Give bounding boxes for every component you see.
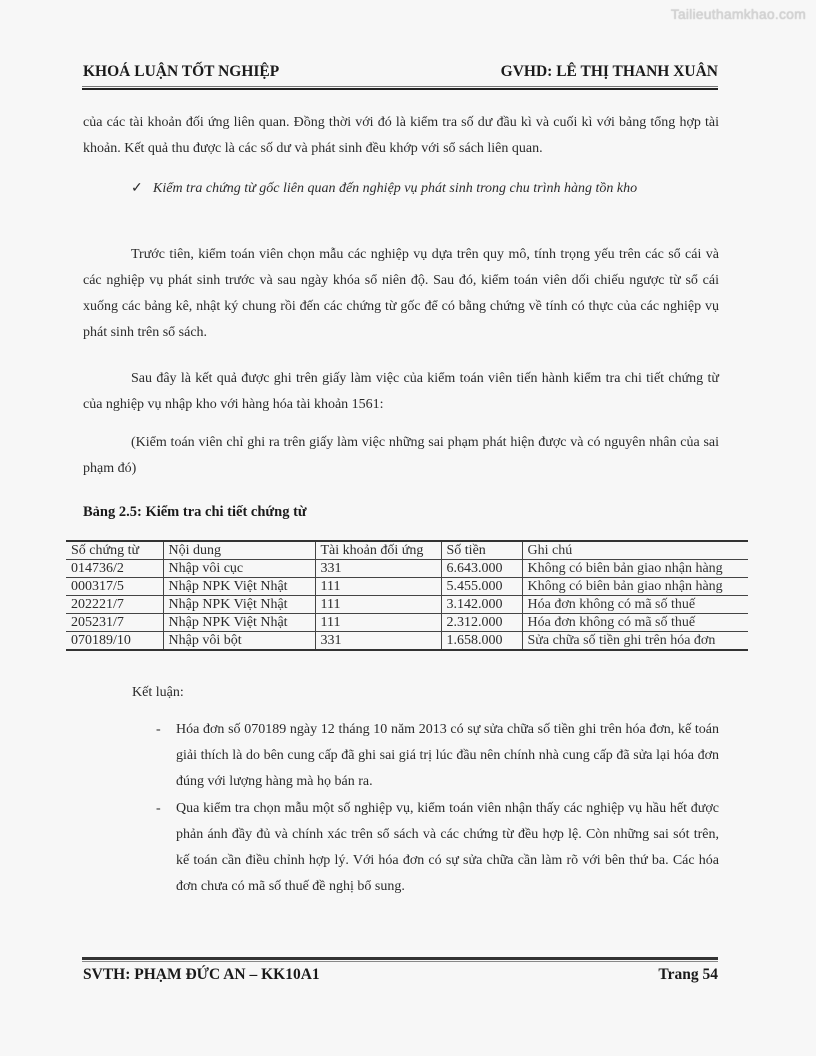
cell-note: Sửa chữa số tiền ghi trên hóa đơn (522, 632, 748, 651)
page-number: Trang 54 (658, 966, 718, 984)
cell-contra-account: 331 (315, 632, 441, 651)
cell-content: Nhập vôi bột (163, 632, 315, 651)
col-header-content: Nội dung (163, 541, 315, 560)
cell-contra-account: 331 (315, 560, 441, 578)
header-title: KHOÁ LUẬN TỐT NGHIỆP (83, 63, 279, 81)
cell-contra-account: 111 (315, 614, 441, 632)
cell-amount: 3.142.000 (441, 596, 522, 614)
cell-voucher-no: 000317/5 (66, 578, 163, 596)
cell-content: Nhập NPK Việt Nhật (163, 596, 315, 614)
dash-bullet-icon: - (156, 796, 161, 822)
footer-rule (82, 957, 718, 962)
cell-note: Không có biên bản giao nhận hàng (522, 560, 748, 578)
cell-amount: 5.455.000 (441, 578, 522, 596)
col-header-note: Ghi chú (522, 541, 748, 560)
table-row: 202221/7 Nhập NPK Việt Nhật 111 3.142.00… (66, 596, 748, 614)
conclusion-item: - Qua kiểm tra chọn mẫu một số nghiệp vụ… (176, 796, 719, 900)
col-header-amount: Số tiền (441, 541, 522, 560)
cell-content: Nhập NPK Việt Nhật (163, 578, 315, 596)
watermark: Tailieuthamkhao.com (671, 6, 806, 22)
cell-amount: 6.643.000 (441, 560, 522, 578)
table-row: 205231/7 Nhập NPK Việt Nhật 111 2.312.00… (66, 614, 748, 632)
table-caption: Bảng 2.5: Kiểm tra chi tiết chứng từ (83, 504, 307, 521)
paragraph-1: của các tài khoản đối ứng liên quan. Đồn… (83, 110, 719, 162)
conclusion-item-text: Qua kiểm tra chọn mẫu một số nghiệp vụ, … (176, 801, 719, 894)
cell-amount: 1.658.000 (441, 632, 522, 651)
dash-bullet-icon: - (156, 717, 161, 743)
paragraph-2: Trước tiên, kiểm toán viên chọn mẫu các … (83, 242, 719, 346)
cell-note: Hóa đơn không có mã số thuế (522, 596, 748, 614)
table-row: 070189/10 Nhập vôi bột 331 1.658.000 Sửa… (66, 632, 748, 651)
paragraph-3: Sau đây là kết quả được ghi trên giấy là… (83, 366, 719, 418)
conclusion-label: Kết luận: (132, 685, 184, 701)
table-row: 000317/5 Nhập NPK Việt Nhật 111 5.455.00… (66, 578, 748, 596)
conclusion-item: - Hóa đơn số 070189 ngày 12 tháng 10 năm… (176, 717, 719, 795)
check-icon: ✓ (131, 176, 143, 202)
voucher-check-table: Số chứng từ Nội dung Tài khoản đối ứng S… (66, 540, 748, 651)
cell-voucher-no: 014736/2 (66, 560, 163, 578)
cell-content: Nhập NPK Việt Nhật (163, 614, 315, 632)
header-rule (82, 86, 718, 90)
cell-note: Hóa đơn không có mã số thuế (522, 614, 748, 632)
page-header: KHOÁ LUẬN TỐT NGHIỆP GVHD: LÊ THỊ THANH … (83, 63, 718, 81)
page-footer: SVTH: PHẠM ĐỨC AN – KK10A1 Trang 54 (83, 966, 718, 984)
cell-voucher-no: 205231/7 (66, 614, 163, 632)
cell-amount: 2.312.000 (441, 614, 522, 632)
cell-voucher-no: 070189/10 (66, 632, 163, 651)
table-header-row: Số chứng từ Nội dung Tài khoản đối ứng S… (66, 541, 748, 560)
col-header-voucher-no: Số chứng từ (66, 541, 163, 560)
cell-voucher-no: 202221/7 (66, 596, 163, 614)
cell-contra-account: 111 (315, 596, 441, 614)
cell-content: Nhập vôi cục (163, 560, 315, 578)
table-row: 014736/2 Nhập vôi cục 331 6.643.000 Khôn… (66, 560, 748, 578)
checklist-item-text: Kiểm tra chứng từ gốc liên quan đến nghi… (153, 181, 637, 196)
cell-note: Không có biên bản giao nhận hàng (522, 578, 748, 596)
checklist-item: ✓ Kiểm tra chứng từ gốc liên quan đến ng… (153, 176, 719, 202)
cell-contra-account: 111 (315, 578, 441, 596)
paragraph-4: (Kiểm toán viên chỉ ghi ra trên giấy làm… (83, 430, 719, 482)
col-header-contra-account: Tài khoản đối ứng (315, 541, 441, 560)
header-advisor: GVHD: LÊ THỊ THANH XUÂN (501, 63, 718, 81)
footer-author: SVTH: PHẠM ĐỨC AN – KK10A1 (83, 966, 320, 984)
conclusion-item-text: Hóa đơn số 070189 ngày 12 tháng 10 năm 2… (176, 722, 719, 789)
